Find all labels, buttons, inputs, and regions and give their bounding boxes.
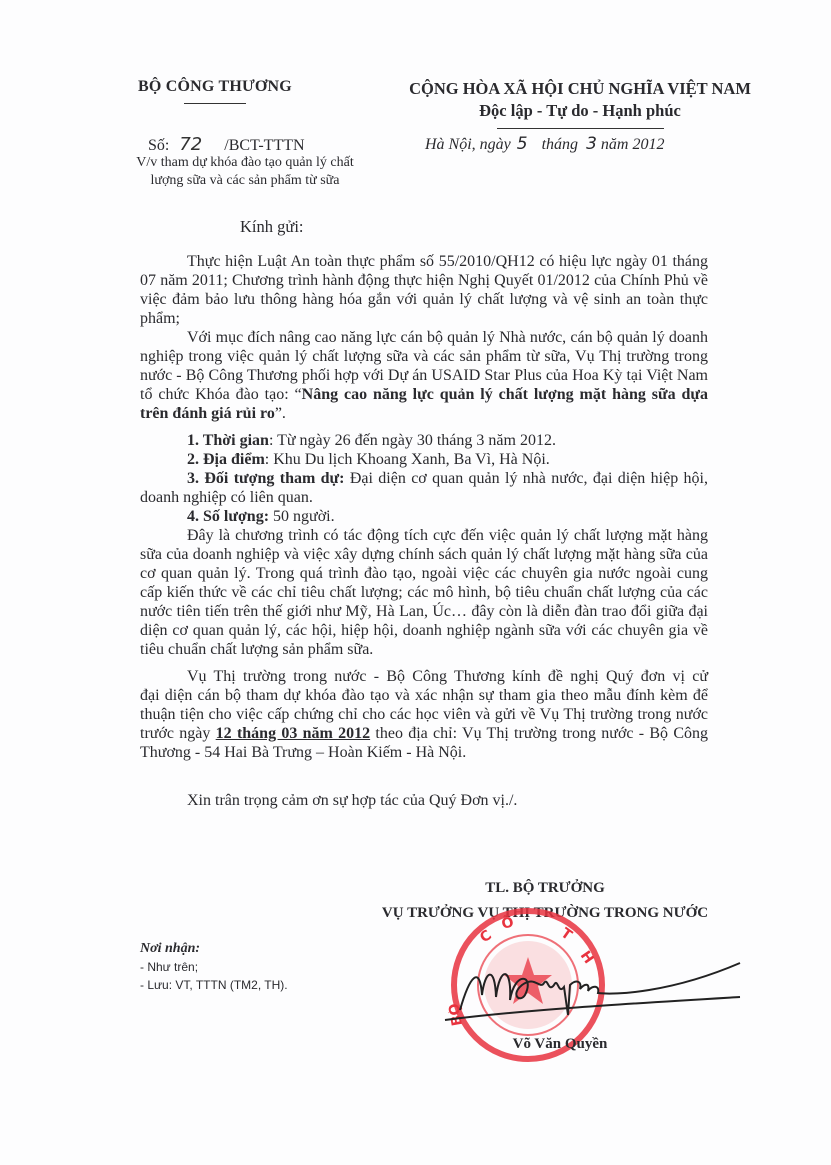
recipients: Nơi nhận: - Như trên; - Lưu: VT, TTTN (T…: [140, 940, 288, 994]
agency-name: BỘ CÔNG THƯƠNG: [130, 78, 300, 96]
closing: Xin trân trọng cảm ơn sự hợp tác của Quý…: [140, 791, 708, 810]
item-text: : Từ ngày 26 đến ngày 30 tháng 3 năm 201…: [269, 432, 556, 449]
item-time: 1. Thời gian: Từ ngày 26 đến ngày 30 thá…: [140, 431, 708, 450]
svg-text:C: C: [477, 927, 495, 946]
date-day: 5: [517, 134, 528, 154]
date-prefix: Hà Nội, ngày: [425, 136, 511, 153]
item-text: 50 người.: [269, 508, 335, 525]
date-month-label: tháng: [542, 136, 578, 153]
item-label: 2. Địa điểm: [187, 451, 265, 468]
subject-line: V/v tham dự khóa đào tạo quản lý chất lư…: [120, 154, 370, 190]
item-participants: 3. Đối tượng tham dự: Đại diện cơ quan q…: [140, 469, 708, 507]
item-label: 3. Đối tượng tham dự:: [187, 470, 344, 487]
deadline: 12 tháng 03 năm 2012: [216, 725, 370, 742]
item-label: 1. Thời gian: [187, 432, 269, 449]
item-quantity: 4. Số lượng: 50 người.: [140, 507, 708, 526]
national-header: CỘNG HÒA XÃ HỘI CHỦ NGHĨA VIỆT NAM Độc l…: [380, 78, 780, 129]
recipients-title: Nơi nhận:: [140, 940, 288, 958]
recipient-item: - Lưu: VT, TTTN (TM2, TH).: [140, 976, 288, 994]
number-suffix: /BCT-TTTN: [224, 137, 304, 154]
paragraph-impact: Đây là chương trình có tác động tích cực…: [140, 526, 708, 659]
greeting: Kính gửi:: [240, 217, 304, 237]
issuing-agency: BỘ CÔNG THƯƠNG: [130, 78, 300, 104]
date-month: 3: [586, 134, 597, 154]
paragraph-legal-basis: Thực hiện Luật An toàn thực phẩm số 55/2…: [140, 252, 708, 328]
signer-name: Võ Văn Quyền: [480, 1036, 640, 1053]
signature-line1: TL. BỘ TRƯỞNG: [360, 876, 730, 901]
item-text: : Khu Du lịch Khoang Xanh, Ba Vì, Hà Nội…: [265, 451, 550, 468]
signature-scribble-icon: [440, 955, 760, 1025]
number-label: Số:: [148, 137, 169, 154]
motto-underline: [497, 128, 664, 129]
date-year: năm 2012: [601, 136, 665, 153]
document-number: Số:72/BCT-TTTN: [148, 134, 305, 155]
purpose-end: ”.: [275, 405, 286, 422]
svg-text:T: T: [558, 925, 575, 944]
paragraph-request: Vụ Thị trường trong nước - Bộ Công Thươn…: [140, 667, 708, 762]
agency-underline: [184, 103, 246, 104]
item-label: 4. Số lượng:: [187, 508, 269, 525]
document-date: Hà Nội, ngày 5tháng 3năm 2012: [425, 134, 664, 154]
motto: Độc lập - Tự do - Hạnh phúc: [380, 100, 780, 122]
paragraph-purpose: Với mục đích nâng cao năng lực cán bộ qu…: [140, 328, 708, 423]
item-location: 2. Địa điểm: Khu Du lịch Khoang Xanh, Ba…: [140, 450, 708, 469]
letter-body: Thực hiện Luật An toàn thực phẩm số 55/2…: [140, 252, 708, 810]
recipient-item: - Như trên;: [140, 958, 288, 976]
country-name: CỘNG HÒA XÃ HỘI CHỦ NGHĨA VIỆT NAM: [380, 78, 780, 100]
handwritten-number: 72: [179, 134, 202, 155]
